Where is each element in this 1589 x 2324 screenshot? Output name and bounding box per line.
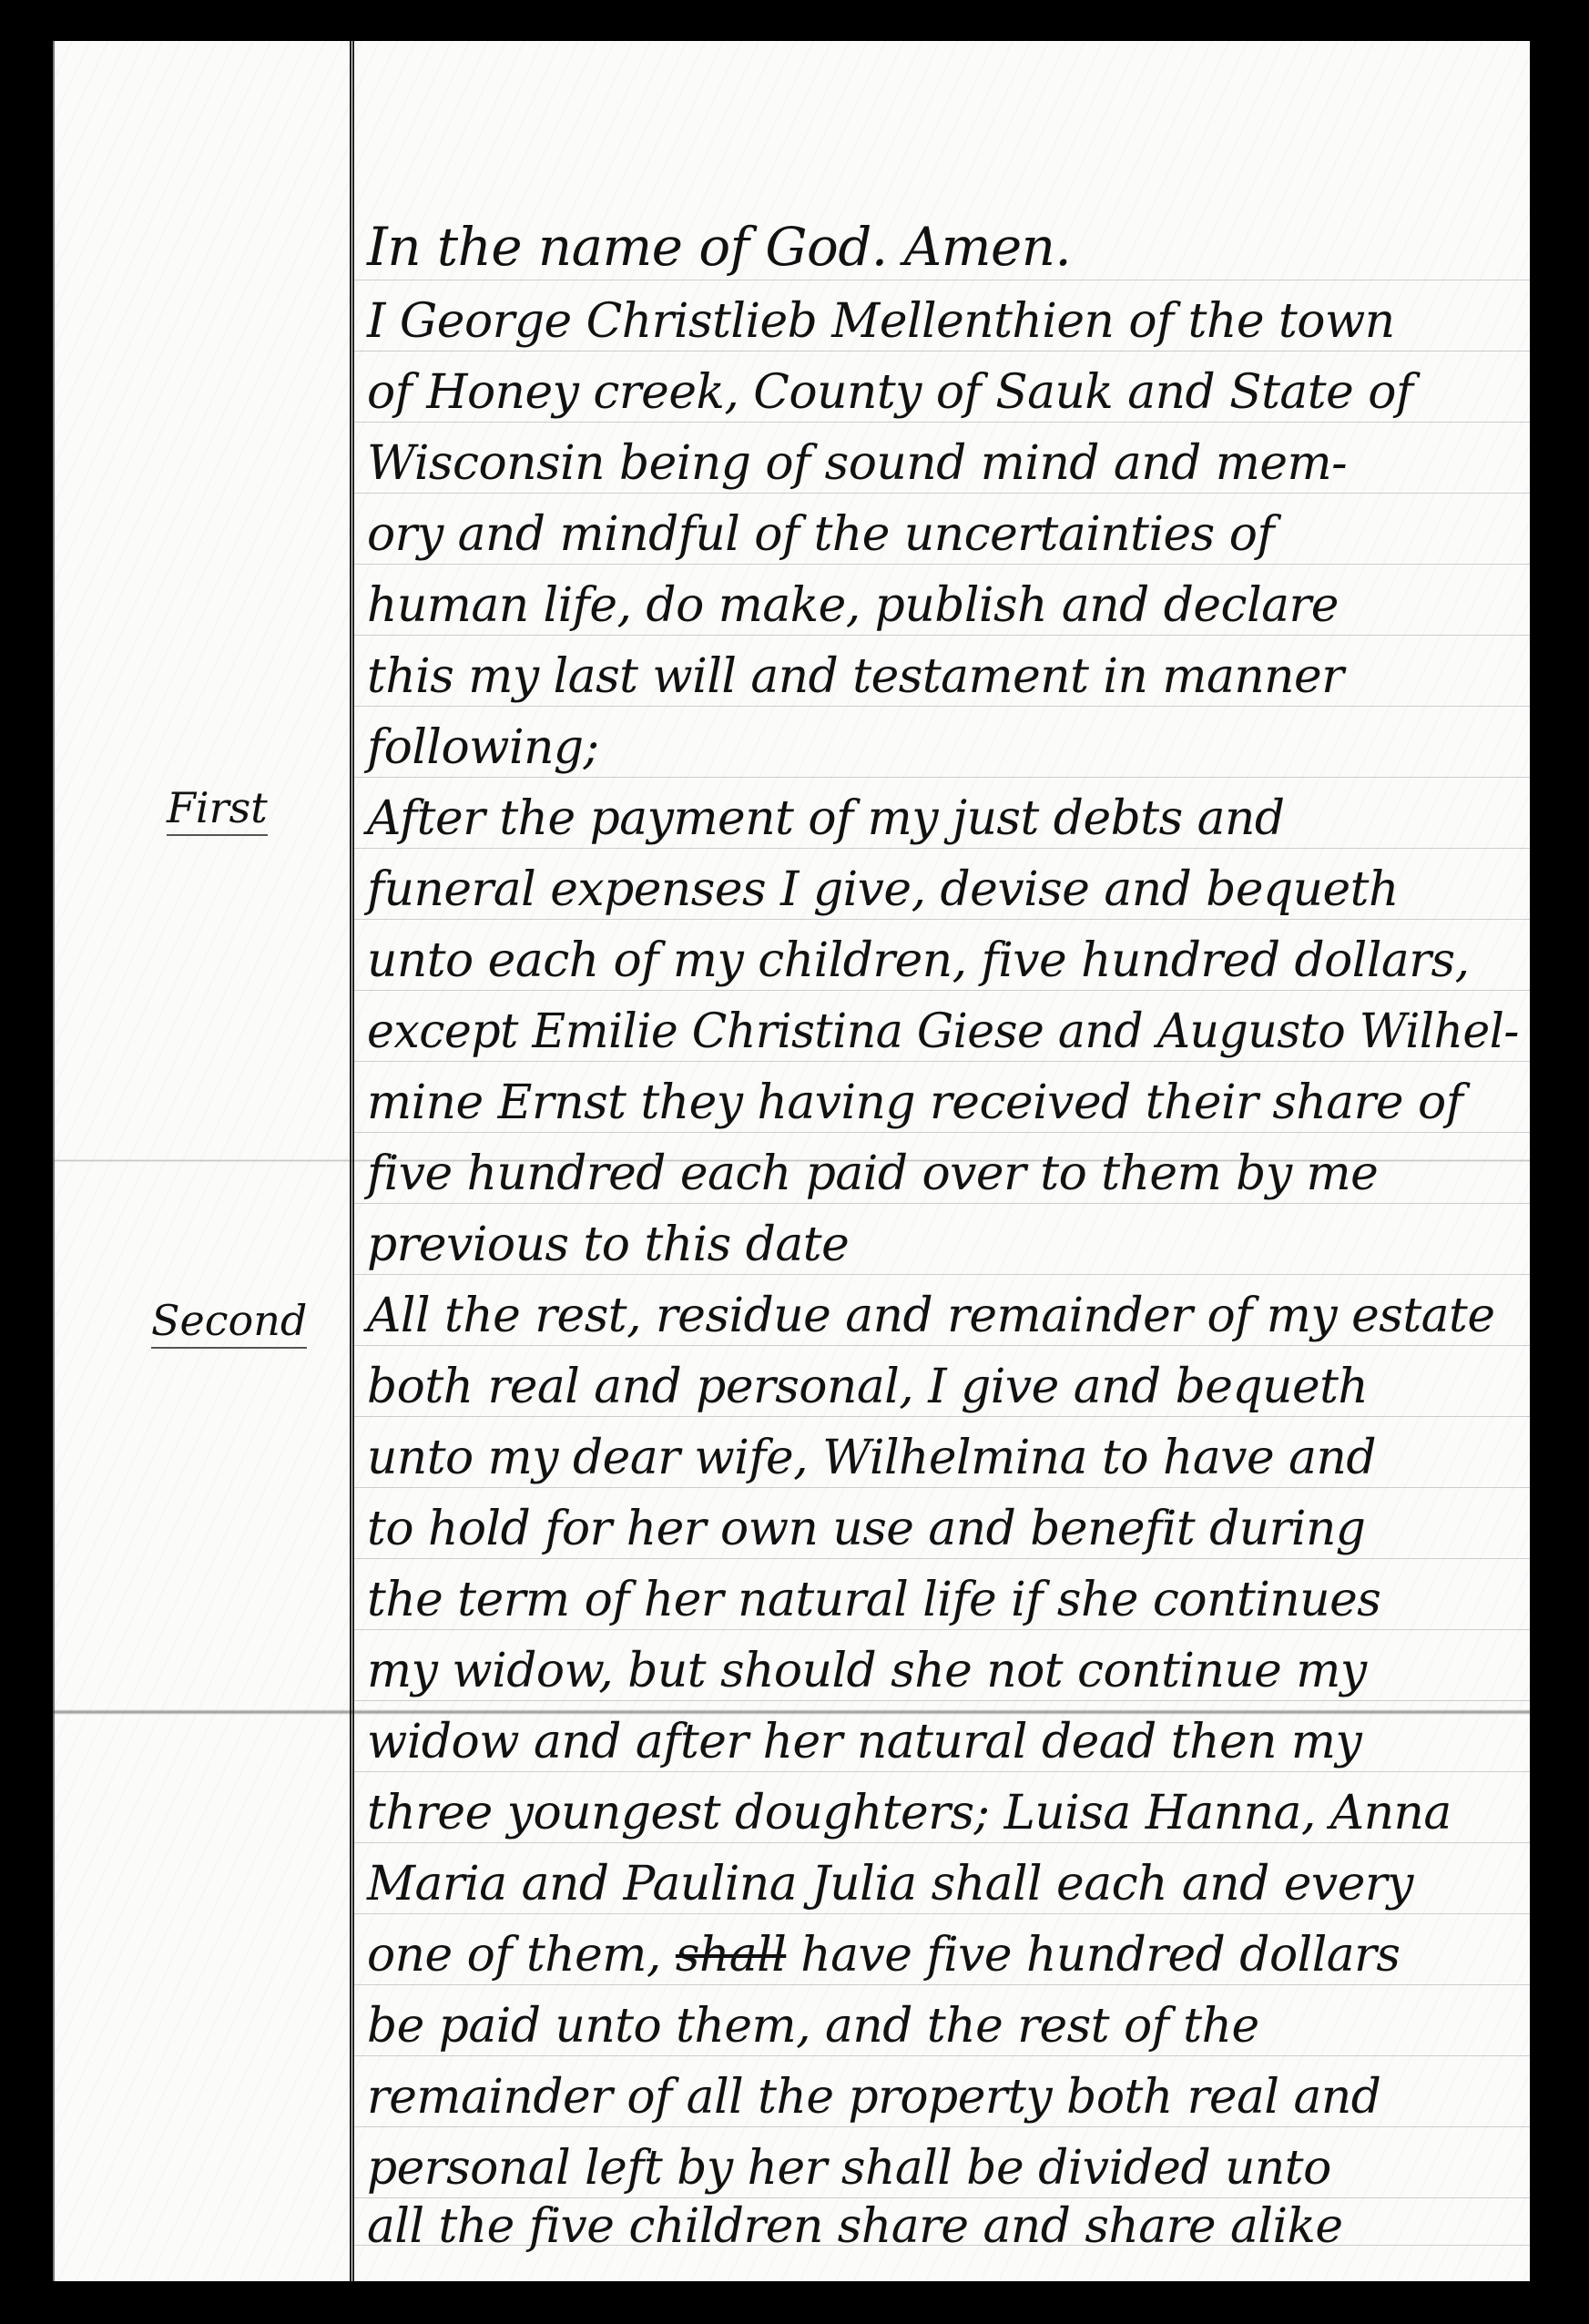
ruled-line	[354, 564, 1530, 565]
ruled-line	[354, 1132, 1530, 1133]
text-line: five hundred each paid over to them by m…	[367, 1147, 1519, 1201]
document-page: First Second In the name of God. Amen. I…	[53, 41, 1530, 2281]
ruled-line	[354, 1913, 1530, 1914]
ruled-line	[354, 777, 1530, 778]
text-line: following;	[367, 720, 1519, 775]
ruled-line	[354, 848, 1530, 849]
text-line: previous to this date	[367, 1218, 1519, 1272]
text-line: the term of her natural life if she cont…	[367, 1573, 1519, 1627]
text-line: Wisconsin being of sound mind and mem-	[367, 436, 1519, 491]
ruled-line	[354, 706, 1530, 707]
ruled-line	[354, 1274, 1530, 1275]
text-line: be paid unto them, and the rest of the	[367, 1999, 1519, 2054]
text-line: Maria and Paulina Julia shall each and e…	[367, 1857, 1519, 1911]
text-line: mine Ernst they having received their sh…	[367, 1075, 1519, 1130]
margin-note-first: First	[167, 783, 268, 836]
ruled-line	[354, 1203, 1530, 1204]
text-line: widow and after her natural dead then my	[367, 1715, 1519, 1769]
text-line: of Honey creek, County of Sauk and State…	[367, 365, 1519, 420]
text-line: human life, do make, publish and declare	[367, 578, 1519, 633]
text-line: After the payment of my just debts and	[367, 791, 1519, 846]
ruled-line	[354, 493, 1530, 494]
text-line: All the rest, residue and remainder of m…	[367, 1289, 1519, 1343]
text-line: I George Christlieb Mellenthien of the t…	[367, 294, 1519, 349]
text-line-with-strikethrough: one of them, shall have five hundred dol…	[367, 1928, 1519, 1983]
ruled-line	[354, 1487, 1530, 1488]
ruled-line	[354, 2197, 1530, 2198]
margin-double-rule	[350, 41, 354, 2281]
margin-note-second: Second	[151, 1296, 307, 1349]
text-line: unto my dear wife, Wilhelmina to have an…	[367, 1431, 1519, 1485]
ruled-line	[354, 1061, 1530, 1062]
ruled-line	[354, 919, 1530, 920]
ruled-line	[354, 351, 1530, 352]
text-line: three youngest doughters; Luisa Hanna, A…	[367, 1786, 1519, 1840]
text-line: In the name of God. Amen.	[367, 219, 1519, 274]
text-line: ory and mindful of the uncertainties of	[367, 507, 1519, 562]
ruled-line	[354, 280, 1530, 280]
text-line: funeral expenses I give, devise and bequ…	[367, 862, 1519, 917]
text-line: personal left by her shall be divided un…	[367, 2141, 1519, 2196]
ruled-line	[354, 990, 1530, 991]
ruled-line	[354, 1842, 1530, 1843]
ruled-line	[354, 1984, 1530, 1985]
ruled-line	[354, 1771, 1530, 1772]
text-line: my widow, but should she not continue my	[367, 1644, 1519, 1698]
ruled-line	[354, 2055, 1530, 2056]
text-line: except Emilie Christina Giese and August…	[367, 1004, 1488, 1059]
ruled-line	[354, 1345, 1530, 1346]
ruled-line	[354, 2126, 1530, 2127]
ruled-line	[354, 1416, 1530, 1417]
ruled-line	[354, 422, 1530, 423]
ruled-line	[354, 635, 1530, 636]
ruled-line	[354, 1700, 1530, 1701]
ruled-line	[354, 1558, 1530, 1559]
ruled-line	[354, 1629, 1530, 1630]
text-segment: have five hundred dollars	[786, 1928, 1400, 1983]
text-line: remainder of all the property both real …	[367, 2070, 1519, 2125]
struck-word: shall	[676, 1928, 786, 1983]
text-line: this my last will and testament in manne…	[367, 649, 1519, 704]
text-segment: one of them,	[367, 1928, 676, 1983]
text-line: all the five children share and share al…	[367, 2199, 1519, 2254]
text-line: both real and personal, I give and beque…	[367, 1360, 1519, 1414]
text-line: to hold for her own use and benefit duri…	[367, 1502, 1519, 1556]
text-line: unto each of my children, five hundred d…	[367, 933, 1519, 988]
